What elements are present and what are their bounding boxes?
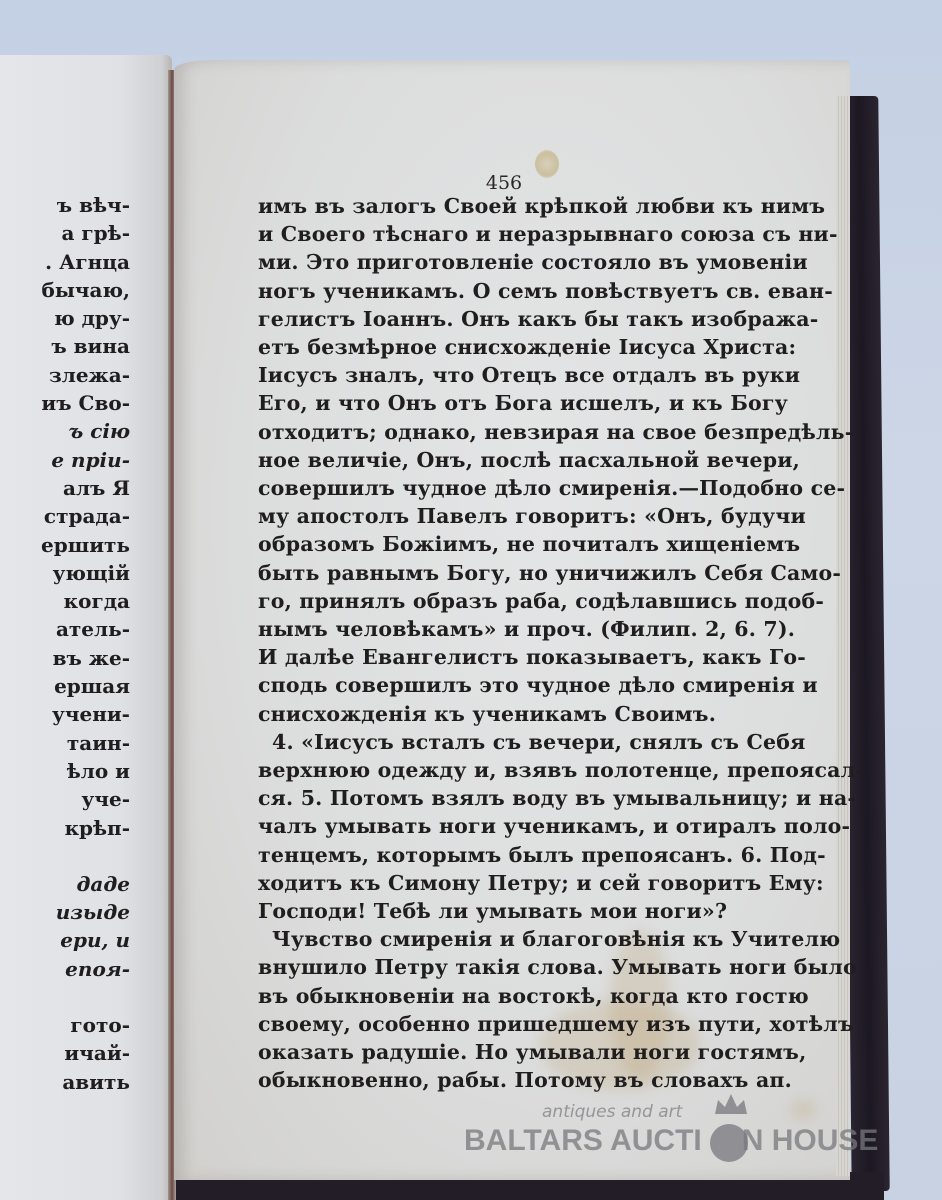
text-line: чалъ умывать ноги ученикамъ, и отиралъ п… bbox=[258, 812, 788, 840]
text-line: ногъ ученикамъ. О семъ повѣствуетъ св. е… bbox=[258, 277, 788, 305]
text-line: ующій bbox=[0, 559, 130, 587]
auction-house-watermark: antiques and art BALTARS AUCTIN HOUSE bbox=[464, 1102, 864, 1172]
text-line: совершилъ чудное дѣло смиренія.—Подобно … bbox=[258, 474, 788, 502]
text-line: своему, особенно пришедшему изъ пути, хо… bbox=[258, 1010, 788, 1038]
text-line: ичай- bbox=[0, 1039, 130, 1067]
watermark-name-part2: N HOUSE bbox=[742, 1124, 879, 1157]
text-line: въ же- bbox=[0, 644, 130, 672]
text-line: изыде bbox=[0, 898, 130, 926]
text-line: а грѣ- bbox=[0, 219, 130, 247]
text-line: обыкновенно, рабы. Потому въ словахъ ап. bbox=[258, 1066, 788, 1094]
text-line: епоя- bbox=[0, 955, 130, 983]
text-gap bbox=[0, 842, 130, 870]
text-line: въ обыкновеніи на востокѣ, когда кто гос… bbox=[258, 982, 788, 1010]
text-line: учени- bbox=[0, 700, 130, 728]
text-line: имъ въ залогъ Своей крѣпкой любви къ ним… bbox=[258, 192, 788, 220]
text-line: и Своего тѣснаго и неразрывнаго союза съ… bbox=[258, 220, 788, 248]
text-line: ся. 5. Потомъ взялъ воду въ умывальницу;… bbox=[258, 784, 788, 812]
text-line: ное величіе, Онъ, послѣ пасхальной вечер… bbox=[258, 446, 788, 474]
text-line: ходитъ къ Симону Петру; и сей говоритъ Е… bbox=[258, 869, 788, 897]
text-line: го, принялъ образъ раба, содѣлавшись под… bbox=[258, 587, 788, 615]
text-line: сподь совершилъ это чудное дѣло смиренія… bbox=[258, 671, 788, 699]
text-line: гелистъ Іоаннъ. Онъ какъ бы такъ изображ… bbox=[258, 305, 788, 333]
text-line: страда- bbox=[0, 502, 130, 530]
text-line: етъ безмѣрное снисхожденіе Іисуса Христа… bbox=[258, 333, 788, 361]
text-line: даде bbox=[0, 870, 130, 898]
text-line: авить bbox=[0, 1068, 130, 1096]
text-line: тенцемъ, которымъ былъ препоясанъ. 6. По… bbox=[258, 841, 788, 869]
text-line: атель- bbox=[0, 615, 130, 643]
text-line: верхнюю одежду и, взявъ полотенце, препо… bbox=[258, 756, 788, 784]
text-line: уче- bbox=[0, 785, 130, 813]
text-line: снисхожденія къ ученикамъ Своимъ. bbox=[258, 700, 788, 728]
text-gap bbox=[0, 983, 130, 1011]
text-line: внушило Петру такія слова. Умывать ноги … bbox=[258, 953, 788, 981]
text-line: ю дру- bbox=[0, 304, 130, 332]
text-line: Іисусъ зналъ, что Отецъ все отдалъ въ ру… bbox=[258, 361, 788, 389]
text-line: ми. Это приготовленіе состояло въ умовен… bbox=[258, 248, 788, 276]
text-line: оказать радушіе. Но умывали ноги гостямъ… bbox=[258, 1038, 788, 1066]
text-line: ъ вина bbox=[0, 332, 130, 360]
text-line: Господи! Тебѣ ли умывать мои ноги»? bbox=[258, 897, 788, 925]
text-line: е пріи- bbox=[0, 446, 130, 474]
text-line: И далѣе Евангелистъ показываетъ, какъ Го… bbox=[258, 643, 788, 671]
text-line: отходитъ; однако, невзирая на свое безпр… bbox=[258, 418, 788, 446]
text-line: крѣп- bbox=[0, 814, 130, 842]
text-line: злежа- bbox=[0, 361, 130, 389]
text-line: Чувство смиренія и благоговѣнія къ Учите… bbox=[258, 925, 788, 953]
text-line: ершая bbox=[0, 672, 130, 700]
watermark-name-part1: BALTARS AUCTI bbox=[464, 1124, 702, 1157]
watermark-name: BALTARS AUCTIN HOUSE bbox=[464, 1124, 878, 1158]
text-line: Его, и что Онъ отъ Бога исшелъ, и къ Бог… bbox=[258, 389, 788, 417]
text-line: иъ Сво- bbox=[0, 389, 130, 417]
text-line: ъ вѣч- bbox=[0, 191, 130, 219]
orb-icon bbox=[710, 1124, 748, 1162]
watermark-tagline: antiques and art bbox=[542, 1102, 682, 1122]
text-line: образомъ Божіимъ, не почиталъ хищеніемъ bbox=[258, 530, 788, 558]
text-line: алъ Я bbox=[0, 474, 130, 502]
text-line: быть равнымъ Богу, но уничижилъ Себя Сам… bbox=[258, 559, 788, 587]
page-number: 456 bbox=[474, 172, 534, 194]
text-line: му апостолъ Павелъ говоритъ: «Онъ, будуч… bbox=[258, 502, 788, 530]
page-body-text: имъ въ залогъ Своей крѣпкой любви къ ним… bbox=[258, 192, 788, 1095]
text-line: ѣло и bbox=[0, 757, 130, 785]
text-line: когда bbox=[0, 587, 130, 615]
text-line: ери, и bbox=[0, 926, 130, 954]
text-line: 4. «Іисусъ всталъ съ вечери, снялъ съ Се… bbox=[258, 728, 788, 756]
text-line: ъ сію bbox=[0, 417, 130, 445]
library-stamp-icon bbox=[535, 150, 559, 178]
crown-icon bbox=[713, 1094, 749, 1116]
text-line: нымъ человѣкамъ» и проч. (Филип. 2, 6. 7… bbox=[258, 615, 788, 643]
text-line: таин- bbox=[0, 729, 130, 757]
left-page-text: ъ вѣч- а грѣ- . Агнца бычаю, ю дру- ъ ви… bbox=[0, 191, 130, 1096]
text-line: гото- bbox=[0, 1011, 130, 1039]
text-line: бычаю, bbox=[0, 276, 130, 304]
text-line: . Агнца bbox=[0, 248, 130, 276]
text-line: ершить bbox=[0, 531, 130, 559]
